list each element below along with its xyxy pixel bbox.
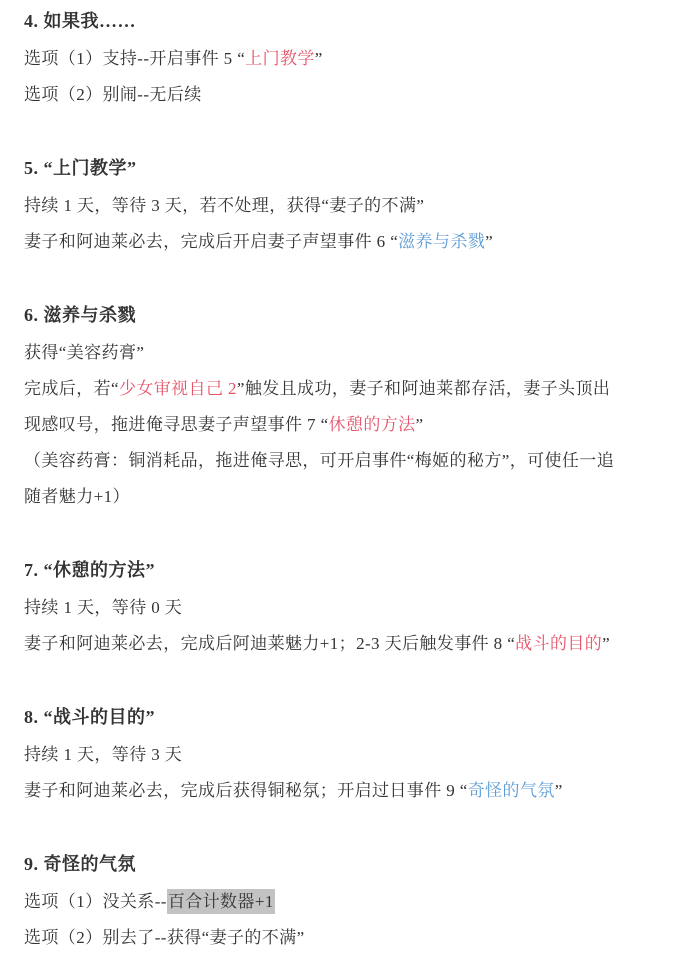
text-run: 现感叹号，拖进俺寻思妻子声望事件 7 “ xyxy=(24,415,329,434)
event-name-red: 上门教学 xyxy=(245,49,315,68)
paragraph-line: （美容药膏：铜消耗品，拖进俺寻思，可开启事件“梅姬的秘方”，可使任一追 xyxy=(24,443,643,479)
event-name-red: 战斗的目的 xyxy=(515,634,602,653)
paragraph-line: 持续 1 天，等待 0 天 xyxy=(24,590,643,626)
paragraph-line: 随者魅力+1） xyxy=(24,479,643,515)
paragraph-line: 完成后，若“少女审视自己 2”触发且成功，妻子和阿迪莱都存活，妻子头顶出 xyxy=(24,371,643,407)
section-heading: 7. “休憩的方法” xyxy=(24,550,643,590)
paragraph-line: 持续 1 天，等待 3 天，若不处理，获得“妻子的不满” xyxy=(24,188,643,224)
paragraph-line: 现感叹号，拖进俺寻思妻子声望事件 7 “休憩的方法” xyxy=(24,407,643,443)
text-run: 选项（2）别闹--无后续 xyxy=(24,85,202,104)
section-heading: 4. 如果我…… xyxy=(24,1,643,41)
paragraph-line: 妻子和阿迪莱必去，完成后阿迪莱魅力+1；2-3 天后触发事件 8 “战斗的目的” xyxy=(24,626,643,662)
event-name-blue: 滋养与杀戮 xyxy=(398,232,485,251)
paragraph-line: 选项（1）没关系--百合计数器+1 xyxy=(24,884,643,920)
text-run: 妻子和阿迪莱必去，完成后开启妻子声望事件 6 “ xyxy=(24,232,398,251)
event-name-red: 少女审视自己 2 xyxy=(119,379,237,398)
text-run: 选项（1）支持--开启事件 5 “ xyxy=(24,49,245,68)
text-run: ” xyxy=(555,781,563,800)
text-run: （美容药膏：铜消耗品，拖进俺寻思，可开启事件“梅姬的秘方”，可使任一追 xyxy=(24,451,614,470)
section-heading: 8. “战斗的目的” xyxy=(24,697,643,737)
text-run: 选项（1）没关系-- xyxy=(24,892,167,911)
paragraph-line: 妻子和阿迪莱必去，完成后开启妻子声望事件 6 “滋养与杀戮” xyxy=(24,224,643,260)
text-run: ” xyxy=(485,232,493,251)
section-heading: 5. “上门教学” xyxy=(24,148,643,188)
text-run: 持续 1 天，等待 3 天 xyxy=(24,745,182,764)
text-run: 妻子和阿迪莱必去，完成后阿迪莱魅力+1；2-3 天后触发事件 8 “ xyxy=(24,634,515,653)
paragraph-line: 持续 1 天，等待 3 天 xyxy=(24,737,643,773)
section-heading: 9. 奇怪的气氛 xyxy=(24,844,643,884)
document-page: 4. 如果我……选项（1）支持--开启事件 5 “上门教学”选项（2）别闹--无… xyxy=(0,0,679,958)
text-run: ”触发且成功，妻子和阿迪莱都存活，妻子头顶出 xyxy=(237,379,610,398)
text-run: 完成后，若“ xyxy=(24,379,119,398)
text-run: 随者魅力+1） xyxy=(24,487,130,506)
event-name-blue: 奇怪的气氛 xyxy=(468,781,555,800)
text-run: ” xyxy=(416,415,424,434)
paragraph-line: 选项（1）支持--开启事件 5 “上门教学” xyxy=(24,41,643,77)
paragraph-line: 选项（2）别去了--获得“妻子的不满” xyxy=(24,920,643,956)
text-run: 获得“美容药膏” xyxy=(24,343,144,362)
paragraph-line: 妻子和阿迪莱必去，完成后获得铜秘氛；开启过日事件 9 “奇怪的气氛” xyxy=(24,773,643,809)
paragraph-line: 选项（2）别闹--无后续 xyxy=(24,77,643,113)
text-run: 持续 1 天，等待 3 天，若不处理，获得“妻子的不满” xyxy=(24,196,424,215)
text-run: 持续 1 天，等待 0 天 xyxy=(24,598,182,617)
event-name-red: 休憩的方法 xyxy=(329,415,416,434)
document-body: 4. 如果我……选项（1）支持--开启事件 5 “上门教学”选项（2）别闹--无… xyxy=(24,1,643,956)
text-run: ” xyxy=(315,49,323,68)
text-run: ” xyxy=(602,634,610,653)
section-heading: 6. 滋养与杀戮 xyxy=(24,295,643,335)
paragraph-line: 获得“美容药膏” xyxy=(24,335,643,371)
text-run: 妻子和阿迪莱必去，完成后获得铜秘氛；开启过日事件 9 “ xyxy=(24,781,468,800)
text-run: 选项（2）别去了--获得“妻子的不满” xyxy=(24,928,305,947)
highlighted-text: 百合计数器+1 xyxy=(167,889,275,914)
